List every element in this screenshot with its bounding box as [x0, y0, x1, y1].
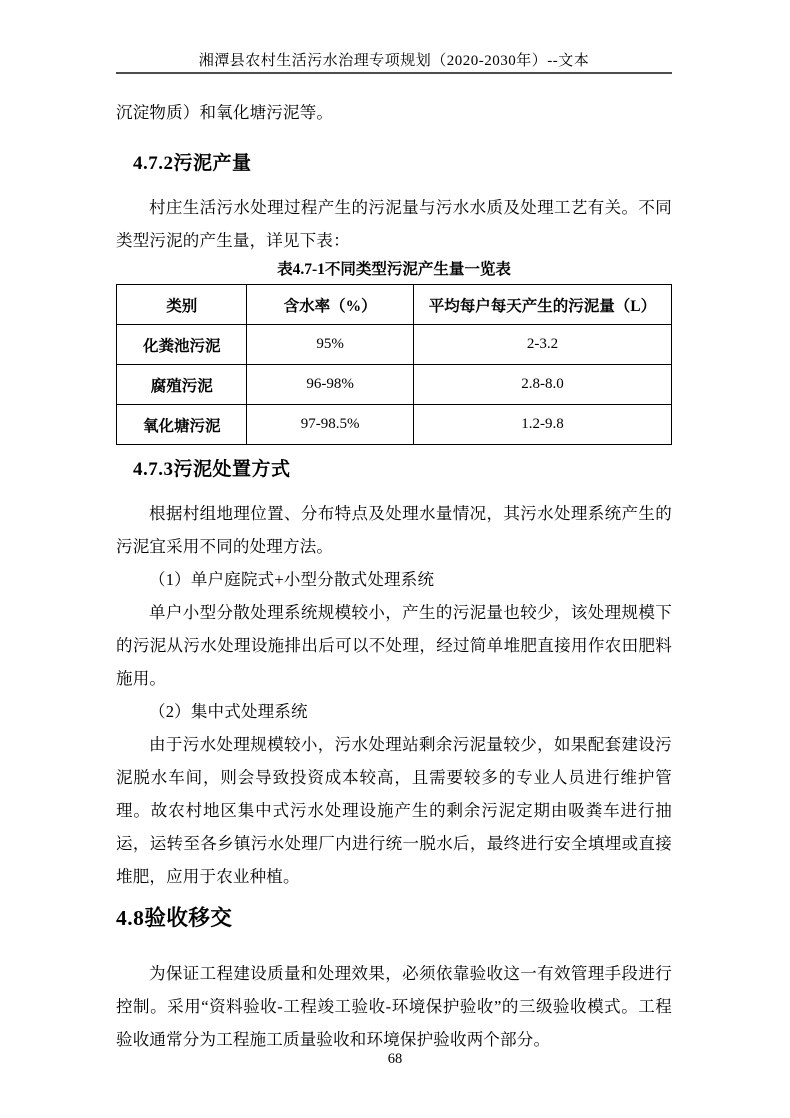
document-title: 湘潭县农村生活污水治理专项规划（2020-2030年）--文本 [199, 53, 590, 69]
table-header-category: 类别 [117, 285, 247, 325]
section-4-8-heading: 4.8验收移交 [116, 903, 672, 933]
table-caption: 表4.7-1不同类型污泥产生量一览表 [116, 259, 672, 281]
section-4-8-paragraph: 为保证工程建设质量和处理效果，必须依靠验收这一有效管理手段进行控制。采用“资料验… [116, 957, 672, 1056]
running-header: 湘潭县农村生活污水治理专项规划（2020-2030年）--文本 [116, 0, 672, 74]
table-row: 化粪池污泥 95% 2-3.2 [117, 325, 672, 365]
section-4-7-3-heading: 4.7.3污泥处置方式 [116, 457, 672, 483]
section-4-7-3-paragraph-1: 根据村组地理位置、分布特点及处理水量情况，其污水处理系统产生的污泥宜采用不同的处… [116, 497, 672, 563]
section-4-7-3-paragraph-2: 单户小型分散处理系统规模较小，产生的污泥量也较少，该处理规模下的污泥从污水处理设… [116, 596, 672, 695]
section-4-7-3-list-item-2: （2）集中式处理系统 [116, 695, 672, 728]
section-4-7-3-paragraph-3: 由于污水处理规模较小，污水处理站剩余污泥量较少，如果配套建设污泥脱水车间，则会导… [116, 728, 672, 893]
table-row: 氧化塘污泥 97-98.5% 1.2-9.8 [117, 405, 672, 445]
table-cell-volume: 2-3.2 [413, 325, 671, 365]
table-row: 腐殖污泥 96-98% 2.8-8.0 [117, 365, 672, 405]
intro-paragraph: 沉淀物质）和氧化塘污泥等。 [116, 96, 672, 129]
table-cell-moisture: 96-98% [247, 365, 414, 405]
table-header-moisture: 含水率（%） [247, 285, 414, 325]
table-cell-moisture: 97-98.5% [247, 405, 414, 445]
sludge-production-table: 类别 含水率（%） 平均每户每天产生的污泥量（L） 化粪池污泥 95% 2-3.… [116, 284, 672, 445]
document-page: 湘潭县农村生活污水治理专项规划（2020-2030年）--文本 沉淀物质）和氧化… [0, 0, 790, 1056]
table-cell-category: 腐殖污泥 [117, 365, 247, 405]
table-header-sludge-volume: 平均每户每天产生的污泥量（L） [413, 285, 671, 325]
section-4-7-3-list-item-1: （1）单户庭院式+小型分散式处理系统 [116, 563, 672, 596]
table-cell-moisture: 95% [247, 325, 414, 365]
section-4-7-2-heading: 4.7.2污泥产量 [116, 151, 672, 177]
page-footer: 68 [0, 1051, 790, 1068]
page-number: 68 [388, 1051, 403, 1067]
table-cell-category: 氧化塘污泥 [117, 405, 247, 445]
table-cell-volume: 2.8-8.0 [413, 365, 671, 405]
table-header-row: 类别 含水率（%） 平均每户每天产生的污泥量（L） [117, 285, 672, 325]
table-cell-volume: 1.2-9.8 [413, 405, 671, 445]
table-cell-category: 化粪池污泥 [117, 325, 247, 365]
section-4-7-2-paragraph: 村庄生活污水处理过程产生的污泥量与污水水质及处理工艺有关。不同类型污泥的产生量，… [116, 191, 672, 257]
